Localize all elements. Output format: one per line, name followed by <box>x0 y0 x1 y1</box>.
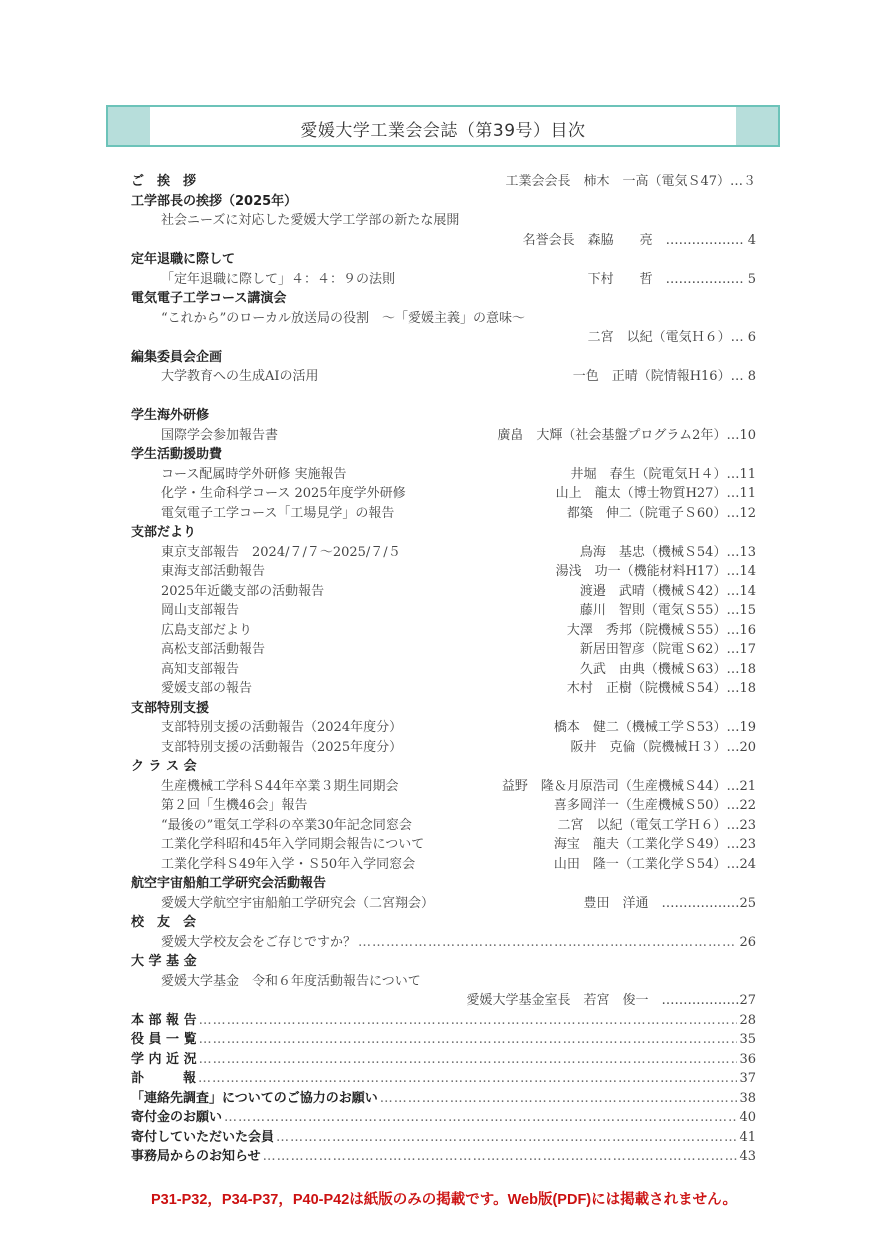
entry-title: 国際学会参加報告書 <box>161 428 278 443</box>
dot-leader <box>199 1050 738 1070</box>
toc-section-heading[interactable]: 学生海外研修 <box>131 406 756 426</box>
toc-entry[interactable]: “これから”のローカル放送局の役割 ～「愛媛主義」の意味～ <box>131 309 756 329</box>
author-and-page: 湯浅 功一（機能材料H17）…14 <box>556 562 756 582</box>
toc-entry[interactable]: 高知支部報告久武 由典（機械Ｓ63）…18 <box>131 660 756 680</box>
entry-title: コース配属時学外研修 実施報告 <box>161 467 346 482</box>
page-number: 43 <box>739 1147 756 1167</box>
toc-entry[interactable]: 生産機械工学科Ｓ44年卒業３期生同期会益野 隆＆月原浩司（生産機械Ｓ44）…21 <box>131 777 756 797</box>
author-and-page: 喜多岡洋一（生産機械Ｓ50）…22 <box>554 796 756 816</box>
page-number: 37 <box>739 1069 756 1089</box>
entry-title: 生産機械工学科Ｓ44年卒業３期生同期会 <box>161 779 399 794</box>
toc-title-box: 愛媛大学工業会会誌（第39号）目次 <box>106 105 780 147</box>
toc-entry[interactable]: 化学・生命科学コース 2025年度学外研修山上 龍太（博士物質H27）…11 <box>131 484 756 504</box>
section-title: 寄付していただいた会員 <box>131 1128 274 1148</box>
toc-section-heading[interactable]: ク ラ ス 会 <box>131 757 756 777</box>
dot-leader <box>358 933 737 953</box>
author-and-page: 山上 龍太（博士物質H27）…11 <box>556 484 756 504</box>
author-and-page: 渡邉 武晴（機械Ｓ42）…14 <box>580 582 756 602</box>
toc-entry[interactable]: 愛媛大学航空宇宙船舶工学研究会（二宮翔会）豊田 洋通 ………………25 <box>131 894 756 914</box>
section-title: ご 挨 拶 <box>131 174 196 189</box>
page-number: 38 <box>739 1089 756 1109</box>
toc-section-heading[interactable]: 電気電子工学コース講演会 <box>131 289 756 309</box>
toc-section-heading[interactable]: 定年退職に際して <box>131 250 756 270</box>
entry-title: 高松支部活動報告 <box>161 642 265 657</box>
entry-title: 大学教育への生成AIの活用 <box>161 369 319 384</box>
toc-spacer <box>131 387 756 407</box>
entry-title: 愛媛大学航空宇宙船舶工学研究会（二宮翔会） <box>161 896 434 911</box>
section-title: 本 部 報 告 <box>131 1011 197 1031</box>
author-and-page: 木村 正樹（院機械Ｓ54）…18 <box>567 679 756 699</box>
toc-entry[interactable]: コース配属時学外研修 実施報告井堀 春生（院電気Ｈ４）…11 <box>131 465 756 485</box>
toc-entry[interactable]: “最後の”電気工学科の卒業30年記念同窓会二宮 以紀（電気工学Ｈ６）…23 <box>131 816 756 836</box>
author-and-page: 新居田智彦（院電Ｓ62）…17 <box>580 640 756 660</box>
toc-section-heading[interactable]: 航空宇宙船舶工学研究会活動報告 <box>131 874 756 894</box>
page-number: 41 <box>739 1128 756 1148</box>
section-title: 定年退職に際して <box>131 252 235 267</box>
toc-section-heading[interactable]: 工学部長の挨拶（2025年） <box>131 192 756 212</box>
toc-section-heading[interactable]: 本 部 報 告28 <box>131 1011 756 1031</box>
toc-entry[interactable]: 愛媛支部の報告木村 正樹（院機械Ｓ54）…18 <box>131 679 756 699</box>
toc-section-heading[interactable]: 学 内 近 況36 <box>131 1050 756 1070</box>
toc-entry[interactable]: 電気電子工学コース「工場見学」の報告都築 伸二（院電子Ｓ60）…12 <box>131 504 756 524</box>
toc-entry[interactable]: 社会ニーズに対応した愛媛大学工学部の新たな展開 <box>131 211 756 231</box>
section-title: 学生海外研修 <box>131 408 209 423</box>
author-and-page: 二宮 以紀（電気Ｈ６）… 6 <box>588 328 756 348</box>
section-title: 支部特別支援 <box>131 701 209 716</box>
section-title: 学 内 近 況 <box>131 1050 197 1070</box>
page-title: 愛媛大学工業会会誌（第39号）目次 <box>108 116 778 141</box>
entry-title: 化学・生命科学コース 2025年度学外研修 <box>161 486 406 501</box>
entry-title: 広島支部だより <box>161 623 252 638</box>
entry-title: 2025年近畿支部の活動報告 <box>161 584 324 599</box>
author-and-page: 井堀 春生（院電気Ｈ４）…11 <box>570 465 756 485</box>
author-and-page: 一色 正晴（院情報H16）… 8 <box>573 367 756 387</box>
toc-author-line: 愛媛大学基金室長 若宮 俊一 ………………27 <box>131 991 756 1011</box>
toc-entry[interactable]: 2025年近畿支部の活動報告渡邉 武晴（機械Ｓ42）…14 <box>131 582 756 602</box>
toc-entry[interactable]: 大学教育への生成AIの活用一色 正晴（院情報H16）… 8 <box>131 367 756 387</box>
entry-title: 高知支部報告 <box>161 662 239 677</box>
entry-title: “これから”のローカル放送局の役割 ～「愛媛主義」の意味～ <box>161 311 525 326</box>
section-title: 電気電子工学コース講演会 <box>131 291 286 306</box>
entry-title: 工業化学科Ｓ49年入学・Ｓ50年入学同窓会 <box>161 857 415 872</box>
toc-entry[interactable]: 高松支部活動報告新居田智彦（院電Ｓ62）…17 <box>131 640 756 660</box>
dot-leader <box>198 1069 737 1089</box>
section-title: 校 友 会 <box>131 915 196 930</box>
author-and-page: 愛媛大学基金室長 若宮 俊一 ………………27 <box>466 991 756 1011</box>
author-and-page: 橋本 健二（機械工学Ｓ53）…19 <box>554 718 756 738</box>
page-number: 36 <box>739 1050 756 1070</box>
dot-leader <box>199 1030 738 1050</box>
toc-author-line: 二宮 以紀（電気Ｈ６）… 6 <box>131 328 756 348</box>
author-and-page: 益野 隆＆月原浩司（生産機械Ｓ44）…21 <box>502 777 756 797</box>
toc-section-heading[interactable]: 支部だより <box>131 523 756 543</box>
dot-leader <box>276 1128 737 1148</box>
author-and-page: 下村 哲 ……………… 5 <box>588 270 756 290</box>
toc-entry[interactable]: 岡山支部報告藤川 智則（電気Ｓ55）…15 <box>131 601 756 621</box>
entry-title: 愛媛支部の報告 <box>161 681 252 696</box>
toc-entry[interactable]: 国際学会参加報告書廣畠 大輝（社会基盤プログラム2年）…10 <box>131 426 756 446</box>
entry-title: 社会ニーズに対応した愛媛大学工学部の新たな展開 <box>161 213 459 228</box>
section-title: 役 員 一 覧 <box>131 1030 197 1050</box>
toc-section-heading[interactable]: 校 友 会 <box>131 913 756 933</box>
section-title: 事務局からのお知らせ <box>131 1147 261 1167</box>
author-and-page: 名誉会長 森脇 亮 ……………… 4 <box>523 231 756 251</box>
page-number: 28 <box>739 1011 756 1031</box>
toc-entry[interactable]: 工業化学科Ｓ49年入学・Ｓ50年入学同窓会山田 隆一（工業化学Ｓ54）…24 <box>131 855 756 875</box>
author-and-page: 大澤 秀邦（院機械Ｓ55）…16 <box>567 621 756 641</box>
toc-entry[interactable]: 東海支部活動報告湯浅 功一（機能材料H17）…14 <box>131 562 756 582</box>
toc-entry[interactable]: 東京支部報告 2024/７/７～2025/７/５鳥海 基忠（機械Ｓ54）…13 <box>131 543 756 563</box>
section-title: 航空宇宙船舶工学研究会活動報告 <box>131 876 326 891</box>
toc-section-heading[interactable]: 訃 報37 <box>131 1069 756 1089</box>
toc-section-heading[interactable]: 支部特別支援 <box>131 699 756 719</box>
toc-entry[interactable]: 工業化学科昭和45年入学同期会報告について海宝 龍夫（工業化学Ｓ49）…23 <box>131 835 756 855</box>
dot-leader <box>199 1011 738 1031</box>
section-title: 大 学 基 金 <box>131 954 197 969</box>
entry-title: 愛媛大学校友会をご存じですか？ <box>161 933 356 953</box>
author-and-page: 阪井 克倫（院機械Ｈ３）…20 <box>570 738 756 758</box>
section-title: 学生活動援助費 <box>131 447 222 462</box>
entry-title: 工業化学科昭和45年入学同期会報告について <box>161 837 424 852</box>
section-title: 工学部長の挨拶（2025年） <box>131 194 297 209</box>
entry-title: 第２回「生機46会」報告 <box>161 798 308 813</box>
section-title: 「連絡先調査」についてのご協力のお願い <box>131 1089 378 1109</box>
entry-title: 支部特別支援の活動報告（2025年度分） <box>161 740 402 755</box>
page-number: 40 <box>739 1108 756 1128</box>
author-and-page: 二宮 以紀（電気工学Ｈ６）…23 <box>557 816 756 836</box>
section-title: 寄付金のお願い <box>131 1108 222 1128</box>
dot-leader <box>380 1089 738 1109</box>
entry-title: 岡山支部報告 <box>161 603 239 618</box>
entry-title: 「定年退職に際して」４：４：９の法則 <box>161 272 395 287</box>
toc-entry[interactable]: 支部特別支援の活動報告（2024年度分）橋本 健二（機械工学Ｓ53）…19 <box>131 718 756 738</box>
toc-author-line: 名誉会長 森脇 亮 ……………… 4 <box>131 231 756 251</box>
web-edition-notice: P31-P32，P34-P37，P40-P42は紙版のみの掲載です。Web版(P… <box>0 1188 888 1209</box>
author-and-page: 山田 隆一（工業化学Ｓ54）…24 <box>554 855 756 875</box>
toc-entry[interactable]: 愛媛大学基金 令和６年度活動報告について <box>131 972 756 992</box>
section-title: 支部だより <box>131 525 196 540</box>
author-and-page: 都築 伸二（院電子Ｓ60）…12 <box>567 504 756 524</box>
page-number: 26 <box>739 933 756 953</box>
toc-section-heading[interactable]: 学生活動援助費 <box>131 445 756 465</box>
toc-section-heading[interactable]: 大 学 基 金 <box>131 952 756 972</box>
author-and-page: 廣畠 大輝（社会基盤プログラム2年）…10 <box>497 426 756 446</box>
toc-section-heading[interactable]: 編集委員会企画 <box>131 348 756 368</box>
toc-section-heading[interactable]: ご 挨 拶工業会会長 柿木 一高（電気Ｓ47）…３ <box>131 172 756 192</box>
toc-entry[interactable]: 支部特別支援の活動報告（2025年度分）阪井 克倫（院機械Ｈ３）…20 <box>131 738 756 758</box>
toc-section-heading[interactable]: 寄付金のお願い40 <box>131 1108 756 1128</box>
page-number: 35 <box>739 1030 756 1050</box>
entry-title: “最後の”電気工学科の卒業30年記念同窓会 <box>161 818 412 833</box>
entry-title: 東京支部報告 2024/７/７～2025/７/５ <box>161 545 401 560</box>
section-title: 編集委員会企画 <box>131 350 222 365</box>
toc-entry[interactable]: 第２回「生機46会」報告喜多岡洋一（生産機械Ｓ50）…22 <box>131 796 756 816</box>
author-and-page: 海宝 龍夫（工業化学Ｓ49）…23 <box>554 835 756 855</box>
toc-section-heading[interactable]: 事務局からのお知らせ43 <box>131 1147 756 1167</box>
entry-title: 東海支部活動報告 <box>161 564 265 579</box>
toc-entry[interactable]: 愛媛大学校友会をご存じですか？26 <box>131 933 756 953</box>
dot-leader <box>263 1147 738 1167</box>
toc-section-heading[interactable]: 寄付していただいた会員41 <box>131 1128 756 1148</box>
section-title: ク ラ ス 会 <box>131 759 197 774</box>
toc-entry[interactable]: 広島支部だより大澤 秀邦（院機械Ｓ55）…16 <box>131 621 756 641</box>
toc-section-heading[interactable]: 「連絡先調査」についてのご協力のお願い38 <box>131 1089 756 1109</box>
dot-leader <box>224 1108 737 1128</box>
author-and-page: 工業会会長 柿木 一高（電気Ｓ47）…３ <box>505 172 756 192</box>
entry-title: 愛媛大学基金 令和６年度活動報告について <box>161 974 421 989</box>
author-and-page: 鳥海 基忠（機械Ｓ54）…13 <box>580 543 756 563</box>
author-and-page: 久武 由典（機械Ｓ63）…18 <box>580 660 756 680</box>
toc-section-heading[interactable]: 役 員 一 覧35 <box>131 1030 756 1050</box>
entry-title: 支部特別支援の活動報告（2024年度分） <box>161 720 402 735</box>
author-and-page: 藤川 智則（電気Ｓ55）…15 <box>580 601 756 621</box>
author-and-page: 豊田 洋通 ………………25 <box>583 894 756 914</box>
section-title: 訃 報 <box>131 1069 196 1089</box>
entry-title: 電気電子工学コース「工場見学」の報告 <box>161 506 394 521</box>
table-of-contents: ご 挨 拶工業会会長 柿木 一高（電気Ｓ47）…３工学部長の挨拶（2025年）社… <box>131 172 756 1167</box>
toc-entry[interactable]: 「定年退職に際して」４：４：９の法則下村 哲 ……………… 5 <box>131 270 756 290</box>
